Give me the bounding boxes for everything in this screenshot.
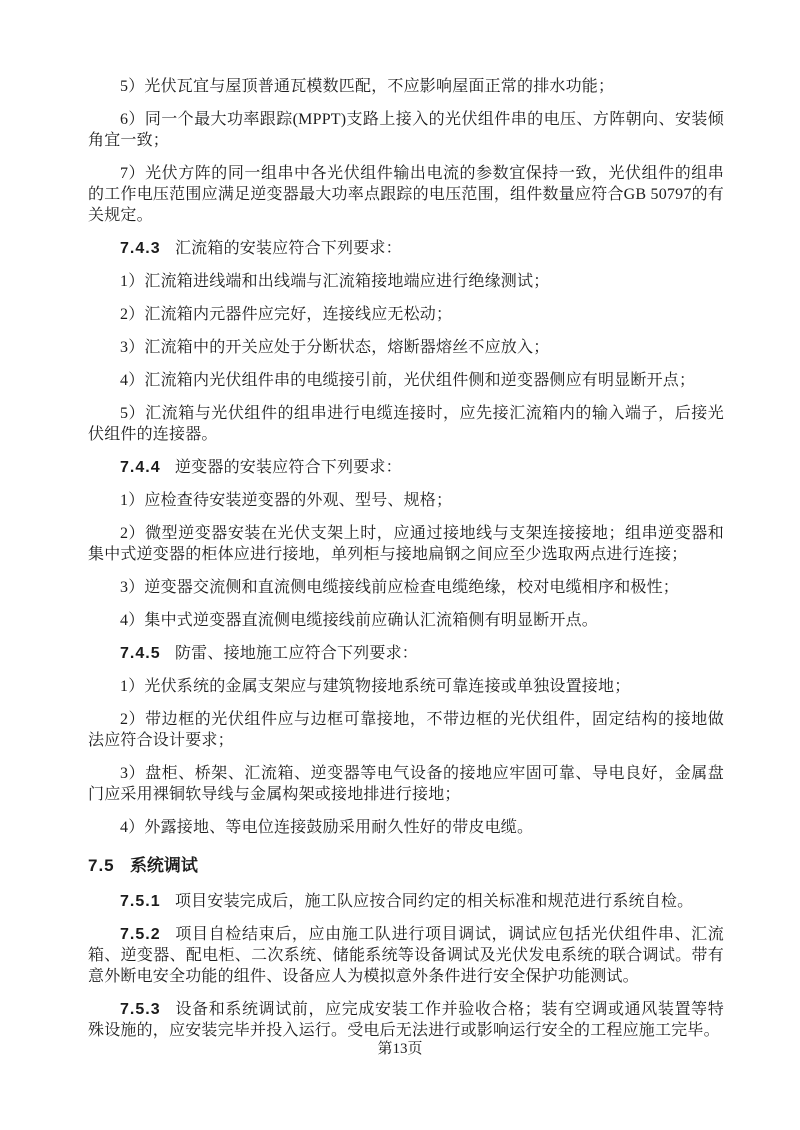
section-title: 系统调试	[130, 856, 198, 875]
list-item-7-4-3-4: 4）汇流箱内光伏组件串的电缆接引前，光伏组件侧和逆变器侧应有明显断开点；	[88, 370, 724, 391]
page-number: 第13页	[0, 1040, 800, 1058]
clause-7-5-2: 7.5.2项目自检结束后，应由施工队进行项目调试，调试应包括光伏组件串、汇流箱、…	[88, 924, 724, 987]
list-item-7-4-3-5: 5）汇流箱与光伏组件的组串进行电缆连接时，应先接汇流箱内的输入端子，后接光伏组件…	[88, 403, 724, 445]
document-content: 5）光伏瓦宜与屋顶普通瓦模数匹配，不应影响屋面正常的排水功能； 6）同一个最大功…	[88, 76, 724, 1053]
list-item-7-4-5-4: 4）外露接地、等电位连接鼓励采用耐久性好的带皮电缆。	[88, 817, 724, 838]
clause-number: 7.5.2	[120, 926, 161, 943]
list-item-7-4-3-3: 3）汇流箱中的开关应处于分断状态，熔断器熔丝不应放入；	[88, 337, 724, 358]
list-item-7-4-5-2: 2）带边框的光伏组件应与边框可靠接地，不带边框的光伏组件，固定结构的接地做法应符…	[88, 709, 724, 751]
list-item-7-4-5-3: 3）盘柜、桥架、汇流箱、逆变器等电气设备的接地应牢固可靠、导电良好，金属盘门应采…	[88, 763, 724, 805]
clause-number: 7.4.4	[120, 459, 161, 476]
list-item-7-4-4-3: 3）逆变器交流侧和直流侧电缆接线前应检查电缆绝缘，校对电缆相序和极性；	[88, 577, 724, 598]
list-item-6: 6）同一个最大功率跟踪(MPPT)支路上接入的光伏组件串的电压、方阵朝向、安装倾…	[88, 109, 724, 151]
clause-number: 7.5.1	[120, 893, 161, 910]
clause-7-5-3: 7.5.3设备和系统调试前，应完成安装工作并验收合格；装有空调或通风装置等特殊设…	[88, 999, 724, 1041]
clause-text: 项目自检结束后，应由施工队进行项目调试，调试应包括光伏组件串、汇流箱、逆变器、配…	[88, 926, 724, 985]
clause-7-4-4: 7.4.4逆变器的安装应符合下列要求：	[88, 457, 724, 478]
clause-7-4-5: 7.4.5防雷、接地施工应符合下列要求：	[88, 643, 724, 664]
document-page: 5）光伏瓦宜与屋顶普通瓦模数匹配，不应影响屋面正常的排水功能； 6）同一个最大功…	[0, 0, 800, 1130]
clause-text: 逆变器的安装应符合下列要求：	[175, 459, 402, 476]
clause-number: 7.4.5	[120, 645, 161, 662]
list-item-5: 5）光伏瓦宜与屋顶普通瓦模数匹配，不应影响屋面正常的排水功能；	[88, 76, 724, 97]
clause-7-4-3: 7.4.3汇流箱的安装应符合下列要求：	[88, 238, 724, 259]
clause-7-5-1: 7.5.1项目安装完成后，施工队应按合同约定的相关标准和规范进行系统自检。	[88, 891, 724, 912]
clause-text: 防雷、接地施工应符合下列要求：	[175, 645, 418, 662]
clause-text: 项目安装完成后，施工队应按合同约定的相关标准和规范进行系统自检。	[175, 893, 693, 910]
list-item-7: 7）光伏方阵的同一组串中各光伏组件输出电流的参数宜保持一致，光伏组件的组串的工作…	[88, 163, 724, 226]
list-item-7-4-5-1: 1）光伏系统的金属支架应与建筑物接地系统可靠连接或单独设置接地；	[88, 676, 724, 697]
clause-text: 设备和系统调试前，应完成安装工作并验收合格；装有空调或通风装置等特殊设施的，应安…	[88, 1001, 724, 1039]
clause-number: 7.4.3	[120, 240, 161, 257]
list-item-7-4-3-2: 2）汇流箱内元器件应完好，连接线应无松动；	[88, 304, 724, 325]
list-item-7-4-4-2: 2）微型逆变器安装在光伏支架上时，应通过接地线与支架连接接地；组串逆变器和集中式…	[88, 523, 724, 565]
section-number: 7.5	[88, 856, 115, 875]
list-item-7-4-4-4: 4）集中式逆变器直流侧电缆接线前应确认汇流箱侧有明显断开点。	[88, 610, 724, 631]
section-heading-7-5: 7.5系统调试	[88, 855, 724, 877]
list-item-7-4-4-1: 1）应检查待安装逆变器的外观、型号、规格；	[88, 490, 724, 511]
clause-number: 7.5.3	[120, 1001, 161, 1018]
clause-text: 汇流箱的安装应符合下列要求：	[175, 240, 402, 257]
list-item-7-4-3-1: 1）汇流箱进线端和出线端与汇流箱接地端应进行绝缘测试；	[88, 271, 724, 292]
